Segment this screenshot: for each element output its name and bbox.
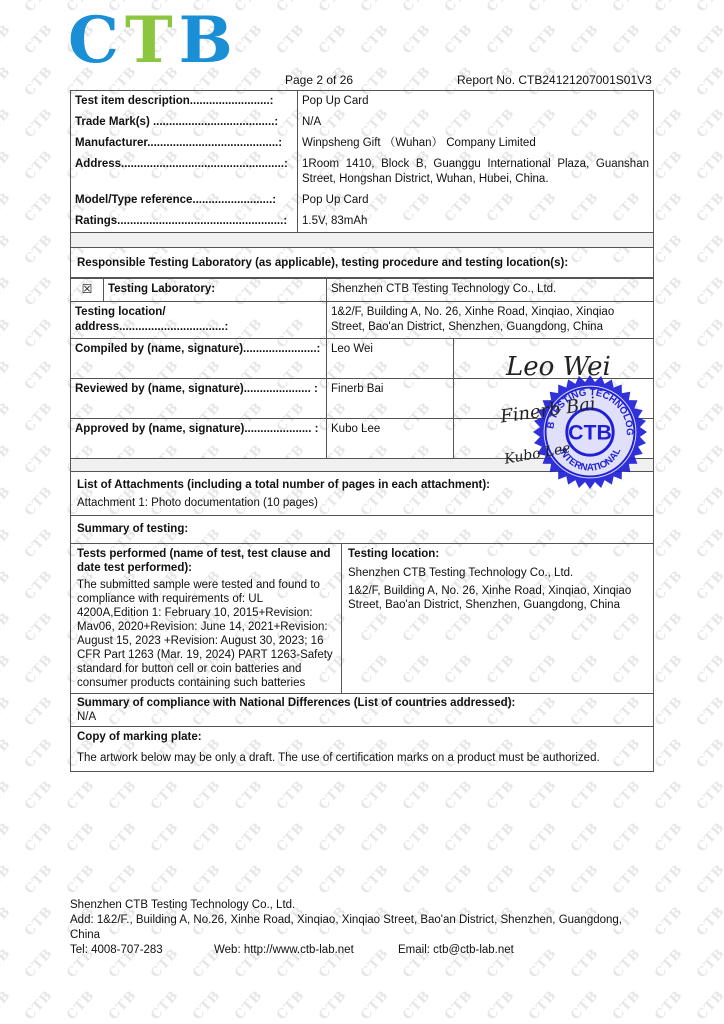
watermark-text: CTB	[442, 988, 476, 1023]
watermark-text: CTB	[22, 904, 56, 939]
watermark-text: CTB	[22, 22, 56, 57]
watermark-text: CTB	[22, 820, 56, 855]
logo-letter-c: C	[68, 6, 125, 76]
watermark-text: CTB	[694, 232, 724, 267]
footer-email[interactable]: Email: ctb@ctb-lab.net	[398, 943, 514, 958]
watermark-text: CTB	[652, 526, 686, 561]
watermark-text: CTB	[0, 400, 14, 435]
field-value: N/A	[298, 112, 654, 133]
watermark-text: CTB	[0, 148, 14, 183]
watermark-text: CTB	[694, 64, 724, 99]
watermark-text: CTB	[316, 862, 350, 897]
watermark-text: CTB	[190, 778, 224, 813]
watermark-text: CTB	[358, 988, 392, 1023]
watermark-text: CTB	[652, 274, 686, 309]
watermark-text: CTB	[22, 862, 56, 897]
watermark-text: CTB	[190, 988, 224, 1023]
field-label: Reviewed by (name, signature)...........…	[71, 379, 327, 419]
field-value: 1&2/F, Building A, No. 26, Xinhe Road, X…	[327, 302, 654, 339]
watermark-text: CTB	[0, 904, 14, 939]
watermark-text: CTB	[0, 568, 14, 603]
watermark-text: CTB	[610, 988, 644, 1023]
watermark-text: CTB	[652, 736, 686, 771]
watermark-text: CTB	[526, 988, 560, 1023]
field-value: Finerb Bai	[327, 379, 454, 419]
item-info-table: Test item description...................…	[70, 90, 654, 233]
watermark-text: CTB	[694, 22, 724, 57]
watermark-text: CTB	[22, 316, 56, 351]
watermark-text: CTB	[694, 274, 724, 309]
field-value: Shenzhen CTB Testing Technology Co., Ltd…	[327, 279, 654, 302]
marking-heading: Copy of marking plate:	[77, 730, 647, 745]
report-number: Report No. CTB24121207001S01V3	[457, 73, 652, 87]
watermark-text: CTB	[694, 862, 724, 897]
table-row: Test item description...................…	[71, 91, 654, 113]
field-value: Kubo Lee	[327, 419, 454, 459]
field-label: Testing Laboratory:	[104, 279, 327, 302]
national-heading: Summary of compliance with National Diff…	[77, 696, 647, 710]
watermark-text: CTB	[148, 988, 182, 1023]
footer-tel: Tel: 4008-707-283	[70, 943, 214, 958]
watermark-text: CTB	[400, 0, 434, 15]
location-company: Shenzhen CTB Testing Technology Co., Ltd…	[348, 566, 647, 580]
watermark-text: CTB	[694, 988, 724, 1023]
page-footer: Shenzhen CTB Testing Technology Co., Ltd…	[70, 898, 650, 958]
watermark-text: CTB	[22, 736, 56, 771]
watermark-text: CTB	[694, 610, 724, 645]
watermark-text: CTB	[694, 190, 724, 225]
watermark-text: CTB	[22, 400, 56, 435]
field-label: Ratings.................................…	[71, 211, 298, 233]
watermark-text: CTB	[316, 22, 350, 57]
watermark-text: CTB	[190, 862, 224, 897]
watermark-text: CTB	[652, 0, 686, 15]
field-label: Test item description...................…	[71, 91, 298, 113]
table-row: Manufacturer............................…	[71, 133, 654, 154]
watermark-text: CTB	[484, 22, 518, 57]
attachments-value: Attachment 1: Photo documentation (10 pa…	[77, 496, 647, 511]
watermark-text: CTB	[0, 988, 14, 1023]
watermark-text: CTB	[148, 778, 182, 813]
watermark-text: CTB	[106, 820, 140, 855]
watermark-text: CTB	[22, 64, 56, 99]
watermark-text: CTB	[22, 652, 56, 687]
watermark-text: CTB	[484, 820, 518, 855]
watermark-text: CTB	[232, 862, 266, 897]
watermark-text: CTB	[22, 610, 56, 645]
watermark-text: CTB	[610, 0, 644, 15]
watermark-text: CTB	[232, 820, 266, 855]
field-value: Leo Wei	[327, 339, 454, 379]
watermark-text: CTB	[694, 0, 724, 15]
ctb-seal-stamp: CTB TESTING TECHNOLOGY INTERNATIONAL CTB	[532, 374, 648, 490]
location-heading: Testing location:	[348, 547, 647, 561]
watermark-text: CTB	[694, 484, 724, 519]
watermark-text: CTB	[0, 820, 14, 855]
watermark-text: CTB	[652, 610, 686, 645]
watermark-text: CTB	[400, 820, 434, 855]
watermark-text: CTB	[358, 778, 392, 813]
field-label: Trade Mark(s) ..........................…	[71, 112, 298, 133]
watermark-text: CTB	[22, 484, 56, 519]
watermark-text: CTB	[652, 652, 686, 687]
national-value: N/A	[77, 710, 647, 724]
field-label: Address.................................…	[71, 154, 298, 190]
watermark-text: CTB	[274, 22, 308, 57]
watermark-text: CTB	[652, 400, 686, 435]
watermark-text: CTB	[652, 232, 686, 267]
watermark-text: CTB	[148, 820, 182, 855]
watermark-text: CTB	[694, 904, 724, 939]
watermark-text: CTB	[526, 778, 560, 813]
watermark-text: CTB	[652, 316, 686, 351]
watermark-text: CTB	[694, 568, 724, 603]
watermark-text: CTB	[694, 148, 724, 183]
watermark-text: CTB	[694, 400, 724, 435]
watermark-text: CTB	[274, 862, 308, 897]
watermark-text: CTB	[148, 862, 182, 897]
watermark-text: CTB	[694, 694, 724, 729]
watermark-text: CTB	[694, 946, 724, 981]
spacer-row	[70, 233, 654, 248]
watermark-text: CTB	[442, 820, 476, 855]
watermark-text: CTB	[0, 316, 14, 351]
summary-heading: Summary of testing:	[70, 516, 654, 544]
tests-performed-cell: Tests performed (name of test, test clau…	[71, 544, 342, 694]
watermark-text: CTB	[652, 694, 686, 729]
watermark-text: CTB	[526, 820, 560, 855]
table-row: Trade Mark(s) ..........................…	[71, 112, 654, 133]
watermark-text: CTB	[0, 64, 14, 99]
footer-contact: Tel: 4008-707-283Web: http://www.ctb-lab…	[70, 943, 650, 958]
watermark-text: CTB	[694, 316, 724, 351]
watermark-text: CTB	[22, 190, 56, 225]
watermark-text: CTB	[652, 22, 686, 57]
watermark-text: CTB	[274, 778, 308, 813]
watermark-text: CTB	[484, 778, 518, 813]
watermark-text: CTB	[568, 988, 602, 1023]
watermark-text: CTB	[694, 358, 724, 393]
watermark-text: CTB	[0, 274, 14, 309]
watermark-text: CTB	[400, 988, 434, 1023]
watermark-text: CTB	[22, 148, 56, 183]
national-section: Summary of compliance with National Diff…	[70, 694, 654, 727]
watermark-text: CTB	[0, 190, 14, 225]
watermark-text: CTB	[0, 778, 14, 813]
field-value: Pop Up Card	[298, 190, 654, 211]
watermark-text: CTB	[232, 778, 266, 813]
watermark-text: CTB	[274, 820, 308, 855]
watermark-text: CTB	[22, 106, 56, 141]
watermark-text: CTB	[400, 862, 434, 897]
watermark-text: CTB	[694, 106, 724, 141]
watermark-text: CTB	[106, 778, 140, 813]
watermark-text: CTB	[0, 442, 14, 477]
checkbox-checked[interactable]: ☒	[71, 279, 104, 302]
checkbox-x-icon: ☒	[82, 282, 93, 296]
watermark-text: CTB	[0, 484, 14, 519]
field-label: Model/Type reference....................…	[71, 190, 298, 211]
watermark-text: CTB	[652, 946, 686, 981]
tests-heading: Tests performed (name of test, test clau…	[77, 547, 335, 575]
watermark-text: CTB	[0, 946, 14, 981]
watermark-text: CTB	[0, 106, 14, 141]
watermark-text: CTB	[442, 778, 476, 813]
watermark-text: CTB	[64, 862, 98, 897]
watermark-text: CTB	[358, 0, 392, 15]
watermark-text: CTB	[316, 820, 350, 855]
watermark-text: CTB	[232, 988, 266, 1023]
page-number: Page 2 of 26	[285, 73, 353, 87]
field-value: 1.5V, 83mAh	[298, 211, 654, 233]
lab-heading: Responsible Testing Laboratory (as appli…	[70, 248, 654, 278]
watermark-text: CTB	[400, 778, 434, 813]
watermark-text: CTB	[652, 568, 686, 603]
watermark-text: CTB	[358, 820, 392, 855]
watermark-text: CTB	[0, 358, 14, 393]
watermark-text: CTB	[652, 442, 686, 477]
watermark-text: CTB	[22, 526, 56, 561]
tests-body: The submitted sample were tested and fou…	[77, 578, 335, 690]
watermark-text: CTB	[442, 862, 476, 897]
watermark-text: CTB	[442, 22, 476, 57]
table-row: ☒ Testing Laboratory: Shenzhen CTB Testi…	[71, 279, 654, 302]
watermark-text: CTB	[694, 778, 724, 813]
watermark-text: CTB	[442, 0, 476, 15]
ctb-logo: CTB	[68, 6, 239, 76]
watermark-text: CTB	[526, 0, 560, 15]
footer-company: Shenzhen CTB Testing Technology Co., Ltd…	[70, 898, 650, 913]
watermark-text: CTB	[484, 862, 518, 897]
watermark-text: CTB	[0, 526, 14, 561]
field-label: Testing location/ address...............…	[71, 302, 327, 339]
watermark-text: CTB	[694, 442, 724, 477]
watermark-text: CTB	[22, 442, 56, 477]
watermark-text: CTB	[316, 778, 350, 813]
watermark-text: CTB	[652, 484, 686, 519]
table-row: Ratings.................................…	[71, 211, 654, 233]
watermark-text: CTB	[64, 778, 98, 813]
watermark-text: CTB	[652, 148, 686, 183]
watermark-text: CTB	[568, 0, 602, 15]
watermark-text: CTB	[0, 232, 14, 267]
field-label: Compiled by (name, signature)...........…	[71, 339, 327, 379]
watermark-text: CTB	[106, 862, 140, 897]
watermark-text: CTB	[316, 988, 350, 1023]
watermark-text: CTB	[568, 862, 602, 897]
field-label: Manufacturer............................…	[71, 133, 298, 154]
watermark-text: CTB	[568, 820, 602, 855]
logo-letter-t: T	[125, 6, 179, 76]
watermark-text: CTB	[22, 232, 56, 267]
watermark-text: CTB	[22, 0, 56, 15]
watermark-text: CTB	[526, 22, 560, 57]
watermark-text: CTB	[22, 358, 56, 393]
watermark-text: CTB	[694, 526, 724, 561]
watermark-text: CTB	[568, 22, 602, 57]
watermark-text: CTB	[0, 610, 14, 645]
watermark-text: CTB	[652, 778, 686, 813]
watermark-text: CTB	[652, 988, 686, 1023]
table-row: Model/Type reference....................…	[71, 190, 654, 211]
watermark-text: CTB	[0, 694, 14, 729]
watermark-text: CTB	[64, 820, 98, 855]
watermark-text: CTB	[316, 0, 350, 15]
watermark-text: CTB	[526, 862, 560, 897]
watermark-text: CTB	[22, 946, 56, 981]
watermark-text: CTB	[22, 274, 56, 309]
footer-web[interactable]: Web: http://www.ctb-lab.net	[214, 943, 398, 958]
summary-table: Tests performed (name of test, test clau…	[70, 544, 654, 694]
watermark-text: CTB	[568, 778, 602, 813]
watermark-text: CTB	[694, 736, 724, 771]
watermark-text: CTB	[22, 568, 56, 603]
field-value: Pop Up Card	[298, 91, 654, 113]
field-value: 1Room 1410, Block B, Guanggu Internation…	[298, 154, 654, 190]
watermark-text: CTB	[652, 190, 686, 225]
watermark-text: CTB	[484, 0, 518, 15]
watermark-text: CTB	[22, 694, 56, 729]
watermark-text: CTB	[610, 820, 644, 855]
signature-compiled: Leo Wei	[506, 352, 611, 382]
watermark-text: CTB	[0, 862, 14, 897]
watermark-text: CTB	[0, 736, 14, 771]
watermark-text: CTB	[22, 778, 56, 813]
watermark-text: CTB	[652, 820, 686, 855]
watermark-text: CTB	[0, 652, 14, 687]
watermark-text: CTB	[22, 988, 56, 1023]
svg-text:CTB: CTB	[568, 421, 612, 445]
watermark-text: CTB	[652, 862, 686, 897]
testing-location-cell: Testing location: Shenzhen CTB Testing T…	[342, 544, 654, 694]
logo-letter-b: B	[179, 6, 239, 76]
watermark-text: CTB	[190, 820, 224, 855]
location-address: 1&2/F, Building A, No. 26, Xinhe Road, X…	[348, 584, 647, 612]
watermark-text: CTB	[610, 778, 644, 813]
watermark-text: CTB	[358, 22, 392, 57]
watermark-text: CTB	[652, 106, 686, 141]
watermark-text: CTB	[610, 22, 644, 57]
table-row: Testing location/ address...............…	[71, 302, 654, 339]
watermark-text: CTB	[358, 862, 392, 897]
watermark-text: CTB	[400, 22, 434, 57]
watermark-text: CTB	[274, 0, 308, 15]
watermark-text: CTB	[0, 0, 14, 15]
marking-note: The artwork below may be only a draft. T…	[77, 751, 647, 766]
watermark-text: CTB	[652, 64, 686, 99]
watermark-text: CTB	[694, 820, 724, 855]
table-row: Address.................................…	[71, 154, 654, 190]
footer-address: Add: 1&2/F., Building A, No.26, Xinhe Ro…	[70, 913, 650, 943]
watermark-text: CTB	[610, 862, 644, 897]
marking-section: Copy of marking plate: The artwork below…	[70, 727, 654, 772]
watermark-text: CTB	[0, 22, 14, 57]
table-row: Tests performed (name of test, test clau…	[71, 544, 654, 694]
watermark-text: CTB	[64, 988, 98, 1023]
watermark-text: CTB	[652, 358, 686, 393]
watermark-text: CTB	[484, 988, 518, 1023]
watermark-text: CTB	[694, 652, 724, 687]
field-label: Approved by (name, signature)...........…	[71, 419, 327, 459]
watermark-text: CTB	[274, 988, 308, 1023]
watermark-text: CTB	[652, 904, 686, 939]
field-value: Winpsheng Gift （Wuhan） Company Limited	[298, 133, 654, 154]
watermark-text: CTB	[106, 988, 140, 1023]
